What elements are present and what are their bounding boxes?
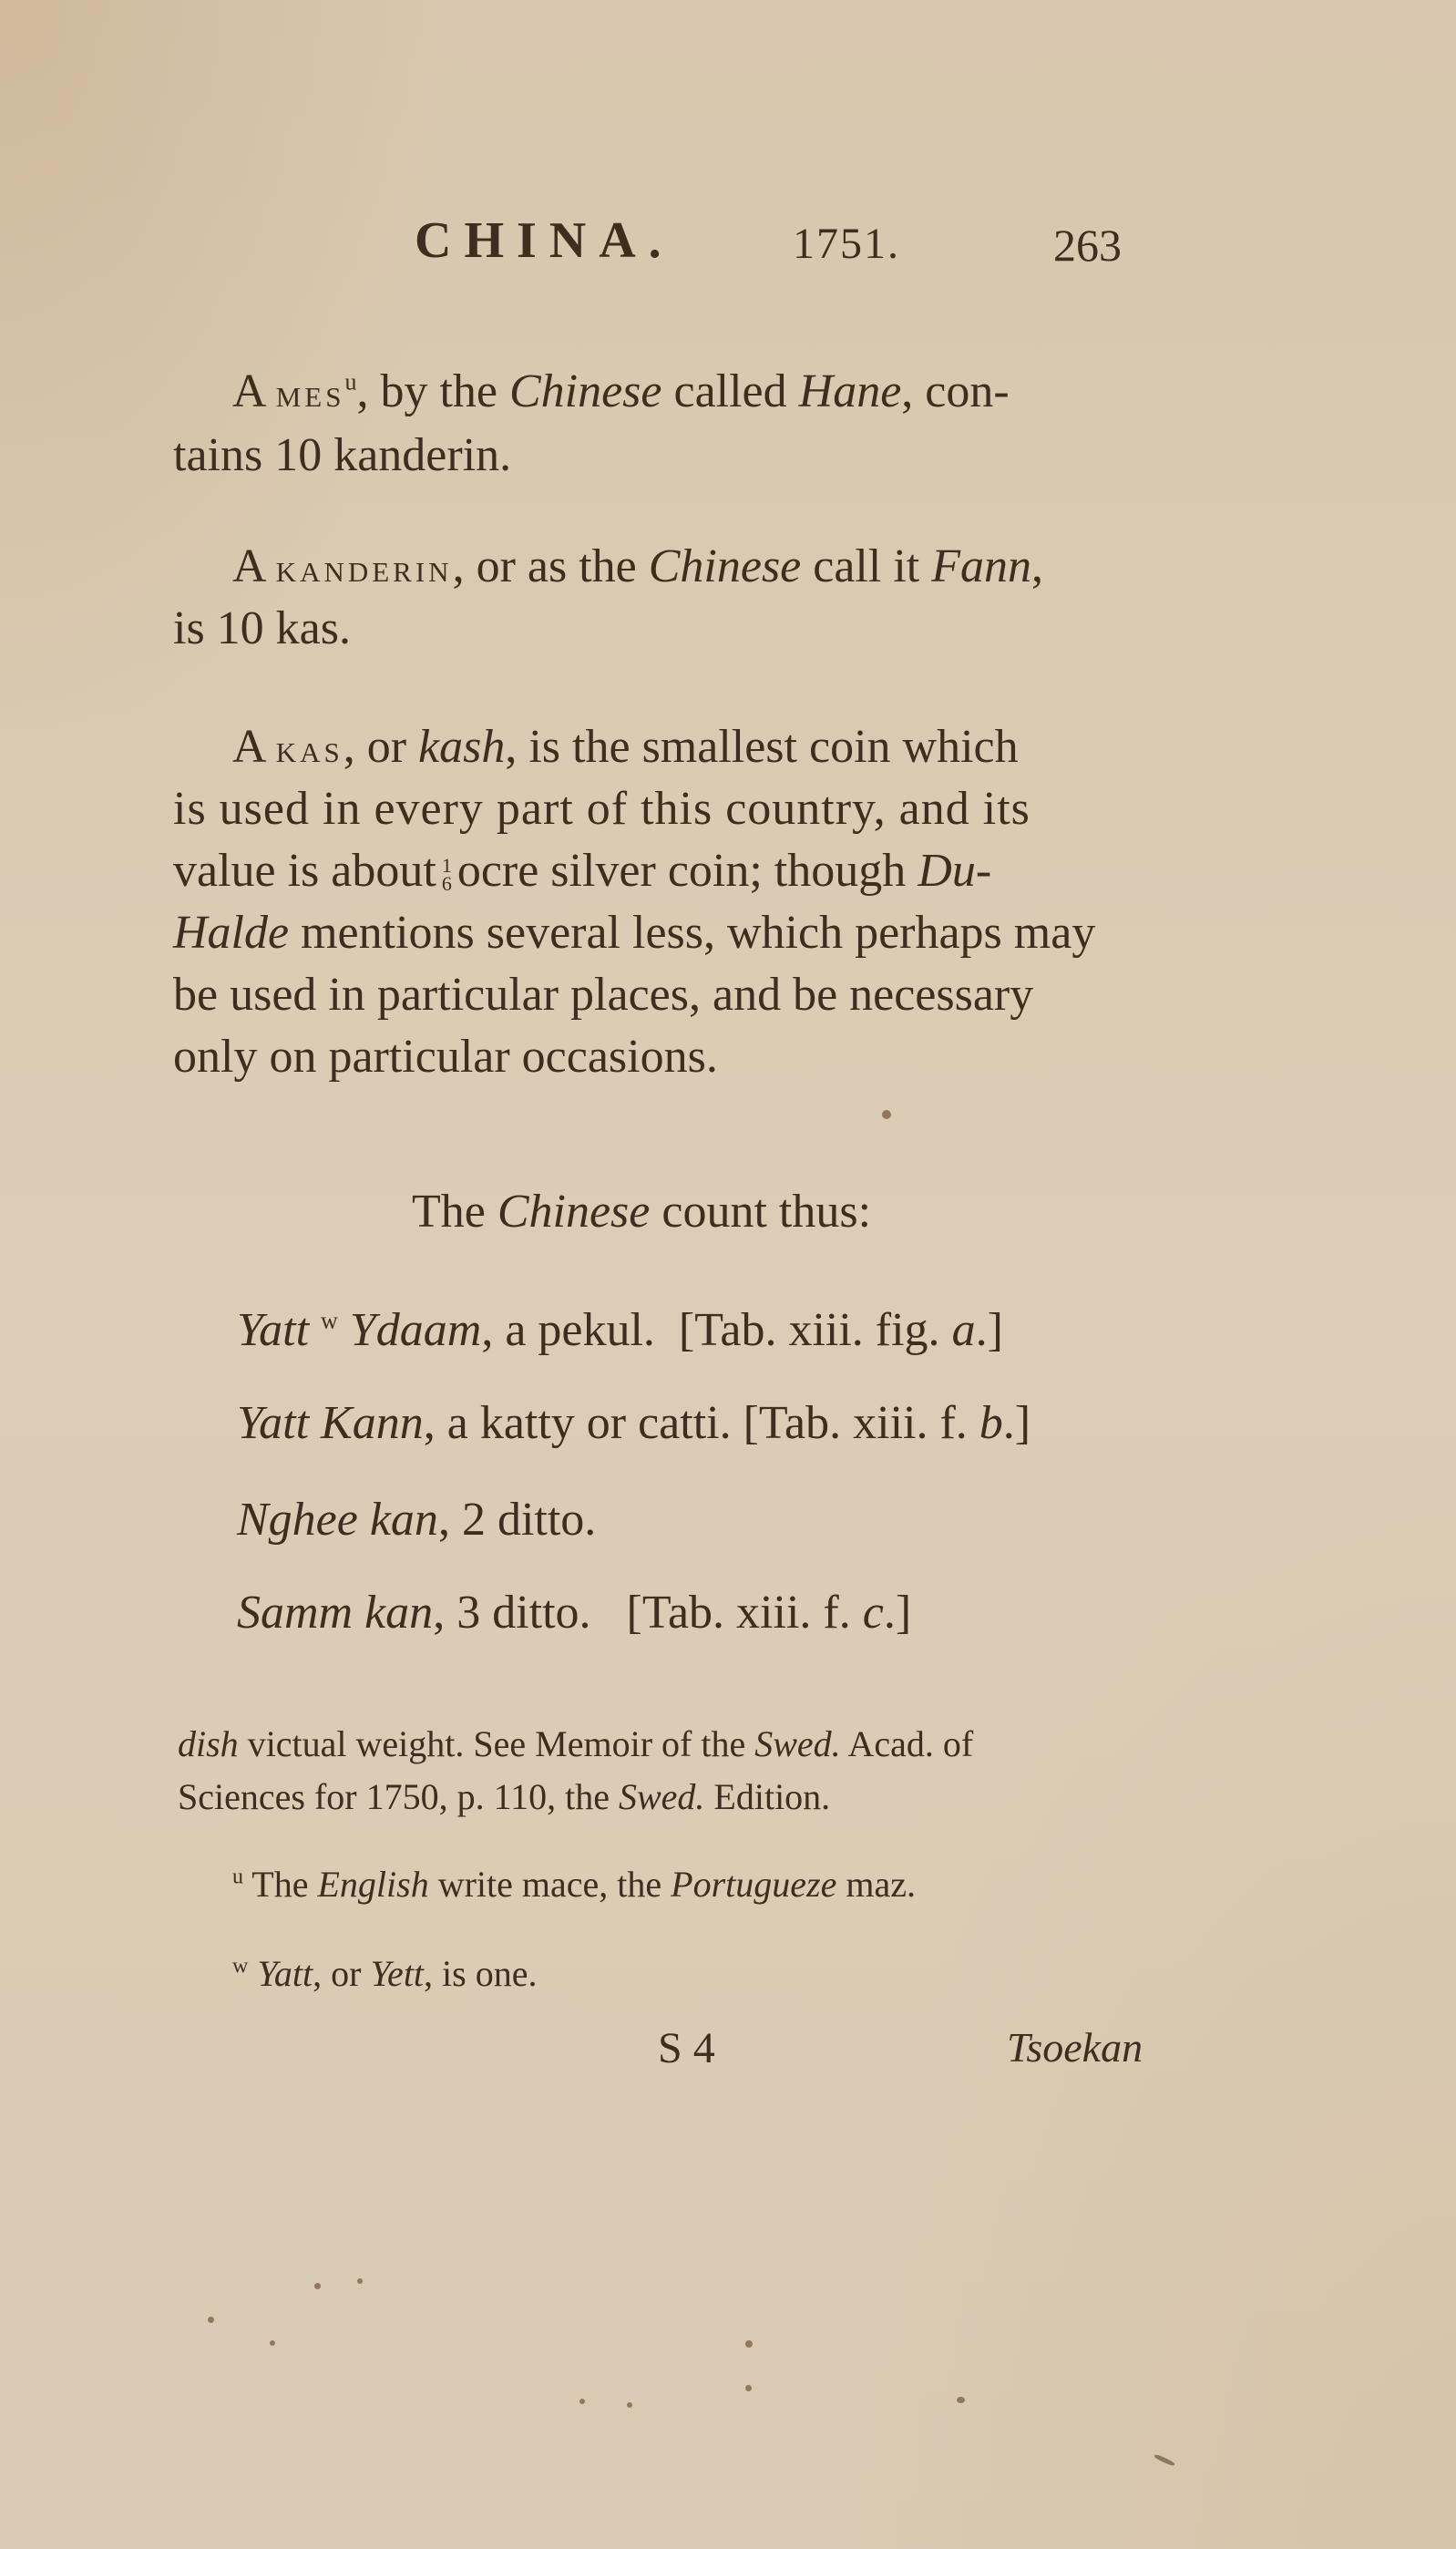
paper-fleck: [627, 2402, 632, 2408]
lead-letter: A: [232, 365, 264, 417]
text: , or as the: [453, 540, 649, 592]
term-kas: kas: [276, 726, 343, 771]
paper-fleck: [957, 2397, 965, 2403]
text: , 3 ditto.: [433, 1587, 590, 1639]
text: , is the smallest coin which: [505, 721, 1018, 773]
italic-english: English: [317, 1864, 428, 1905]
italic-text: dish: [178, 1723, 239, 1764]
paper-fleck: [314, 2283, 321, 2289]
italic-kash: kash: [418, 721, 505, 773]
book-page: CHINA. 1751. 263 A mesu, by the Chinese …: [0, 0, 1456, 2549]
page-number: 263: [1053, 219, 1122, 272]
paper-fleck: [745, 2385, 752, 2391]
footnote-ref-w: w: [321, 1308, 338, 1334]
italic-chinese: Chinese: [497, 1186, 651, 1238]
para-kanderin-line-1: A kanderin, or as the Chinese call it Fa…: [232, 540, 1043, 593]
fraction-denominator: 6: [442, 875, 452, 893]
footnote-mark: w: [232, 1955, 248, 1979]
fig-letter: b: [979, 1397, 1003, 1449]
paper-fleck: [882, 1110, 891, 1119]
footnote-w: w Yatt, or Yett, is one.: [232, 1952, 537, 1995]
text: call it: [801, 540, 931, 592]
para-kas-line-6: only on particular occasions.: [173, 1030, 718, 1084]
term-kanderin: kanderin: [276, 546, 453, 591]
text: .]: [976, 1304, 1003, 1356]
italic-portugueze: Portugueze: [671, 1864, 836, 1905]
para-kanderin-line-2: is 10 kas.: [173, 601, 351, 655]
text: ocre silver coin; though: [457, 845, 918, 897]
para-kas-line-4: Halde mentions several less, which perha…: [173, 906, 1095, 960]
running-head-year: 1751.: [793, 219, 900, 269]
footnote-continued-line-1: dish victual weight. See Memoir of the S…: [178, 1722, 973, 1765]
text: ,: [1031, 540, 1043, 592]
text: .]: [1003, 1397, 1030, 1449]
text: maz.: [836, 1864, 916, 1905]
para-kas-line-2: is used in every part of this country, a…: [173, 782, 1030, 836]
text: , or: [313, 1953, 370, 1994]
text: , by the: [356, 365, 509, 417]
italic-fann: Fann: [931, 540, 1031, 592]
para-mes-line-2: tains 10 kanderin.: [173, 428, 511, 482]
text: called: [662, 365, 799, 417]
fraction-one-sixth: 16: [442, 857, 452, 893]
italic-term: Yatt: [237, 1304, 309, 1356]
text: The: [251, 1864, 317, 1905]
fig-letter: c: [863, 1587, 884, 1639]
paper-fleck: [357, 2278, 363, 2284]
italic-chinese: Chinese: [649, 540, 802, 592]
italic-chinese: Chinese: [509, 365, 662, 417]
para-mes-line-1: A mesu, by the Chinese called Hane, con-: [232, 365, 1010, 418]
fig-letter: a: [952, 1304, 976, 1356]
count-row-4: Samm kan, 3 ditto. [Tab. xiii. f. c.]: [237, 1586, 911, 1639]
italic-term: Yatt Kann: [237, 1397, 424, 1449]
signature-mark: S 4: [658, 2023, 715, 2073]
text: , a katty or catti.: [424, 1397, 732, 1449]
italic-term: Nghee kan: [237, 1494, 438, 1546]
footnote-continued-line-2: Sciences for 1750, p. 110, the Swed. Edi…: [178, 1775, 830, 1818]
paper-fleck: [579, 2399, 585, 2404]
italic-du-halde-part1: Du-: [918, 845, 991, 897]
text: Sciences for 1750, p. 110, the: [178, 1776, 619, 1817]
paper-fleck: [208, 2317, 214, 2323]
text: Acad. of: [841, 1723, 974, 1764]
text: .]: [884, 1587, 911, 1639]
text: , is one.: [424, 1953, 537, 1994]
paper-fleck: [1154, 2453, 1175, 2467]
italic-term: Ydaam: [350, 1304, 481, 1356]
italic-swed: Swed.: [619, 1776, 704, 1817]
lead-letter: A: [232, 721, 264, 773]
italic-yatt: Yatt: [257, 1953, 313, 1994]
para-kas-line-1: A kas, or kash, is the smallest coin whi…: [232, 720, 1019, 774]
text: , or: [343, 721, 418, 773]
italic-term: Samm kan: [237, 1587, 433, 1639]
text: , a pekul.: [481, 1304, 655, 1356]
plate-ref: [Tab. xiii. f.: [743, 1397, 979, 1449]
lead-letter: A: [232, 540, 264, 592]
footnote-ref-u: u: [344, 369, 356, 396]
count-row-1: Yatt w Ydaam, a pekul. [Tab. xiii. fig. …: [237, 1303, 1003, 1357]
term-mes: mes: [276, 371, 345, 416]
paper-fleck: [745, 2340, 753, 2348]
count-row-3: Nghee kan, 2 ditto.: [237, 1493, 596, 1547]
italic-yett: Yett: [370, 1953, 424, 1994]
text: count thus:: [650, 1186, 871, 1238]
italic-du-halde-part2: Halde: [173, 907, 289, 959]
count-row-2: Yatt Kann, a katty or catti. [Tab. xiii.…: [237, 1396, 1030, 1450]
text: write mace, the: [429, 1864, 671, 1905]
text: , 2 ditto.: [438, 1494, 596, 1546]
plate-ref: [Tab. xiii. f.: [627, 1587, 863, 1639]
text: Edition.: [704, 1776, 830, 1817]
count-intro: The Chinese count thus:: [412, 1185, 871, 1239]
para-kas-line-5: be used in particular places, and be nec…: [173, 968, 1033, 1022]
text: , con-: [901, 365, 1009, 417]
text: victual weight. See Memoir of the: [239, 1723, 755, 1764]
text: mentions several less, which perhaps may: [289, 907, 1095, 959]
catchword: Tsoekan: [1007, 2023, 1143, 2071]
italic-swed: Swed.: [754, 1723, 840, 1764]
para-kas-line-3: value is about16ocre silver coin; though…: [173, 844, 991, 898]
italic-hane: Hane: [799, 365, 902, 417]
paper-fleck: [270, 2340, 275, 2346]
text: value is about: [173, 845, 436, 897]
footnote-mark: u: [232, 1865, 243, 1889]
footnote-u: u The English write mace, the Portugueze…: [232, 1863, 916, 1906]
plate-ref: [Tab. xiii. fig.: [679, 1304, 952, 1356]
running-head-title: CHINA.: [415, 211, 674, 270]
text: The: [412, 1186, 497, 1238]
